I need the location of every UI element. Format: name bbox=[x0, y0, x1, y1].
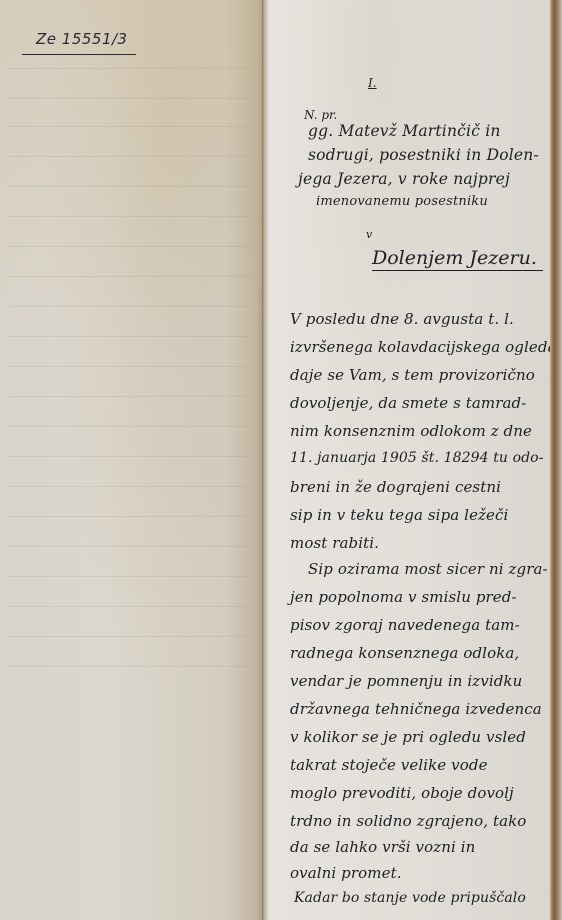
bleed-through-line bbox=[10, 238, 250, 247]
bleed-through-line bbox=[10, 388, 250, 397]
bleed-through-line bbox=[10, 538, 250, 547]
bleed-through-line bbox=[10, 60, 250, 69]
right-page: I. N. pr. gg. Matevž Martinčič in sodrug… bbox=[268, 0, 550, 920]
bleed-through-line bbox=[10, 178, 250, 187]
bleed-through-line bbox=[10, 508, 250, 517]
bleed-through-line bbox=[10, 118, 250, 127]
left-page: Ze 15551/3 bbox=[0, 0, 266, 920]
body-line: v kolikor se je pri ogledu vsled bbox=[290, 728, 526, 746]
body-line: V posledu dne 8. avgusta t. l. bbox=[290, 310, 514, 328]
preposition: v bbox=[366, 228, 372, 241]
bleed-through-line bbox=[10, 448, 250, 457]
addressee-line: sodrugi, posestniki in Dolen- bbox=[308, 146, 539, 164]
bleed-through-line bbox=[10, 208, 250, 217]
bleed-through-line bbox=[10, 90, 250, 99]
body-line: državnega tehničnega izvedenca bbox=[290, 700, 542, 718]
body-line: izvršenega kolavdacijskega ogleda bbox=[290, 338, 557, 356]
body-line: pisov zgoraj navedenega tam- bbox=[290, 616, 520, 634]
body-line: most rabiti. bbox=[290, 534, 379, 552]
body-line: da se lahko vrši vozni in bbox=[290, 838, 475, 856]
bleed-through-line bbox=[10, 328, 250, 337]
body-line: jen popolnoma v smislu pred- bbox=[290, 588, 517, 606]
bleed-through-line bbox=[10, 658, 250, 667]
body-line: radnega konsenznega odloka, bbox=[290, 644, 519, 662]
bleed-through-line bbox=[10, 298, 250, 307]
bleed-through-line bbox=[10, 628, 250, 637]
body-line: vendar je pomnenju in izvidku bbox=[290, 672, 522, 690]
bleed-through-line bbox=[10, 268, 250, 277]
abbreviation: N. pr. bbox=[304, 108, 337, 122]
body-line: breni in že dograjeni cestni bbox=[290, 478, 501, 496]
body-line: Sip ozirama most sicer ni zgra- bbox=[308, 560, 548, 578]
body-line: dovoljenje, da smete s tamrad- bbox=[290, 394, 526, 412]
addressee-line: imenovanemu posestniku bbox=[316, 194, 488, 209]
bleed-through-line bbox=[10, 358, 250, 367]
body-line: ovalni promet. bbox=[290, 864, 402, 882]
body-line: trdno in solidno zgrajeno, tako bbox=[290, 812, 526, 830]
folio-mark: I. bbox=[368, 76, 377, 90]
bleed-through-line bbox=[10, 568, 250, 577]
body-line: sip in v teku tega sipa ležeči bbox=[290, 506, 508, 524]
body-line: moglo prevoditi, oboje dovolj bbox=[290, 784, 514, 802]
place-name: Dolenjem Jezeru. bbox=[372, 247, 543, 271]
body-line: takrat stoječe velike vode bbox=[290, 756, 488, 774]
page-edge bbox=[550, 0, 562, 920]
bleed-through-line bbox=[10, 598, 250, 607]
body-line: 11. januarja 1905 št. 18294 tu odo- bbox=[290, 450, 544, 466]
bleed-through-line bbox=[10, 478, 250, 487]
bleed-through-line bbox=[10, 148, 250, 157]
body-line: daje se Vam, s tem provizorično bbox=[290, 366, 535, 384]
reference-number: Ze 15551/3 bbox=[22, 30, 136, 55]
bleed-through-line bbox=[10, 418, 250, 427]
body-line: Kadar bo stanje vode pripuščalo bbox=[294, 890, 526, 906]
addressee-line: gg. Matevž Martinčič in bbox=[308, 122, 501, 140]
body-line: nim konsenznim odlokom z dne bbox=[290, 422, 532, 440]
addressee-line: jega Jezera, v roke najprej bbox=[298, 170, 510, 188]
